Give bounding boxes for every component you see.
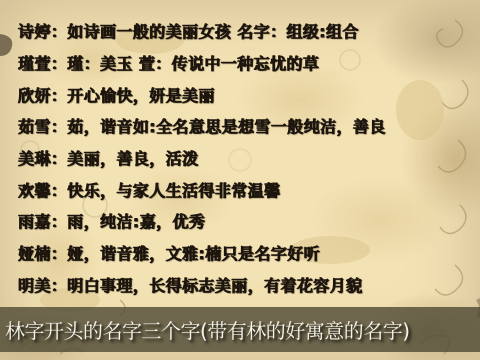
name-meaning-line: 茹雪：茹，谐音如:全名意思是想雪一般纯洁，善良 — [18, 114, 473, 137]
name-meaning-line: 诗婷：如诗画一般的美丽女孩 名字：组级:组合 — [18, 19, 473, 42]
name-meaning-line: 瑾萱：瑾：美玉 萱：传说中一种忘忧的草 — [18, 51, 473, 74]
name-meaning-line: 明美：明白事理，长得标志美丽，有着花容月貌 — [18, 273, 473, 296]
name-meaning-line: 欢馨：快乐，与家人生活得非常温馨 — [18, 178, 473, 201]
name-meaning-line: 美琳：美丽，善良，活泼 — [18, 146, 473, 169]
name-meaning-line: 娅楠：娅，谐音雅，文雅:楠只是名字好听 — [18, 241, 473, 264]
name-meaning-line: 欣妍：开心愉快，妍是美丽 — [18, 83, 473, 106]
screenshot-root: 诗婷：如诗画一般的美丽女孩 名字：组级:组合 瑾萱：瑾：美玉 萱：传说中一种忘忧… — [0, 0, 480, 360]
caption-bar: 林字开头的名字三个字(带有林的好寓意的名字) — [0, 307, 480, 352]
caption-text: 林字开头的名字三个字(带有林的好寓意的名字) — [0, 315, 410, 344]
name-meaning-line: 雨嘉：雨，纯洁:嘉，优秀 — [18, 209, 473, 232]
